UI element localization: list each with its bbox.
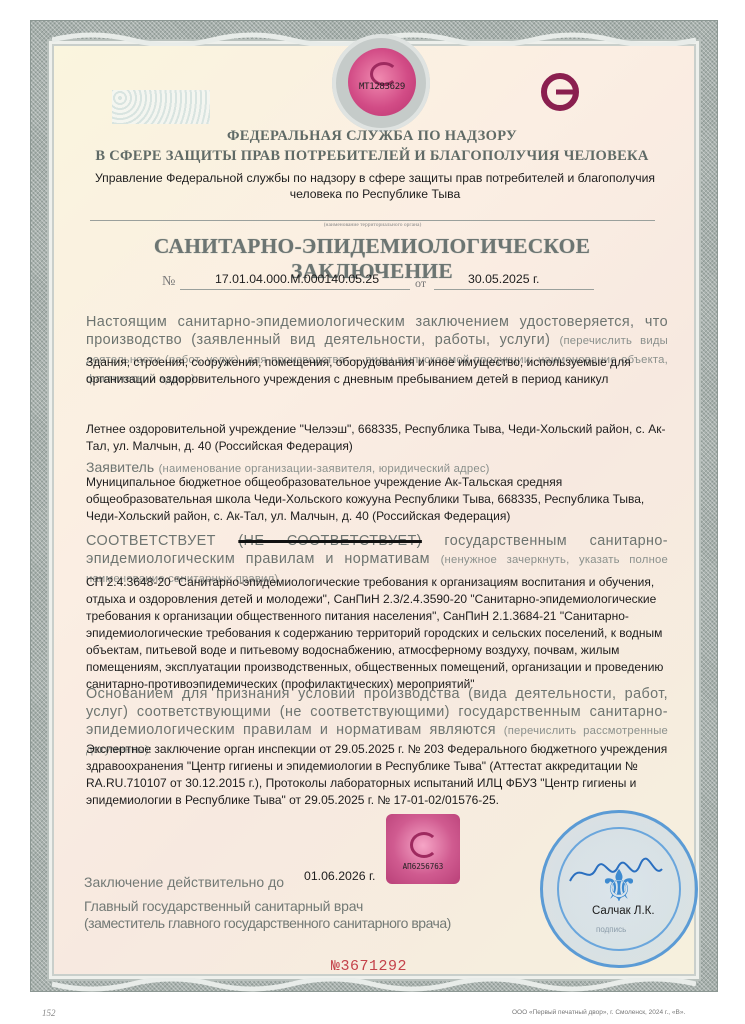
territorial-body: Управление Федеральной службы по надзору… xyxy=(90,170,660,202)
se-emblem-icon xyxy=(410,832,438,858)
sanitary-rules: СП 2.4.3648-20 "Санитарно-эпидемиологиче… xyxy=(86,574,676,693)
validity-label: Заключение действительно до xyxy=(84,874,284,890)
se-logo-icon xyxy=(530,70,600,114)
applicant-value: Муниципальное бюджетное общеобразователь… xyxy=(86,474,676,525)
document-date: 30.05.2025 г. xyxy=(468,272,539,286)
date-label: от xyxy=(415,276,426,291)
date-underline xyxy=(434,289,594,290)
hologram-bottom-serial: АП6256763 xyxy=(392,862,454,871)
territorial-caption: (наименование территориального органа) xyxy=(90,222,655,228)
facility-address: Летнее оздоровительной учреждение "Челээ… xyxy=(86,421,676,455)
blank-serial-number: №3671292 xyxy=(331,958,407,975)
signer-name: Салчак Л.К. xyxy=(592,905,655,917)
number-underline xyxy=(180,289,410,290)
guilloche-pattern xyxy=(112,90,210,124)
handwritten-mark: 152 xyxy=(42,1008,56,1018)
validity-date: 01.06.2026 г. xyxy=(304,869,375,883)
applicant-label: Заявитель xyxy=(86,459,154,475)
certified-subject: Здания, строения, сооружения, помещения,… xyxy=(86,354,676,388)
signature-caption: подпись xyxy=(596,925,626,934)
hologram-top: МТ1283629 xyxy=(322,34,442,132)
hologram-serial: МТ1283629 xyxy=(346,82,418,92)
number-label: № xyxy=(162,274,175,290)
conformity-status: СООТВЕТСТВУЕТ xyxy=(86,533,216,549)
signature-icon xyxy=(566,855,666,891)
basis-documents: Экспертное заключение орган инспекции от… xyxy=(86,741,676,809)
territorial-underline xyxy=(90,220,655,221)
hologram-bottom: АП6256763 xyxy=(386,814,460,884)
agency-name-line1: ФЕДЕРАЛЬНАЯ СЛУЖБА ПО НАДЗОРУ xyxy=(82,128,662,145)
conformity-struck: (НЕ СООТВЕТСТВУЕТ) xyxy=(238,533,422,549)
signer-title-alt: (заместитель главного государственного с… xyxy=(84,915,451,931)
document-number: 17.01.04.000.М.000140.05.25 xyxy=(215,272,379,286)
signer-title: Главный государственный санитарный врач xyxy=(84,898,363,914)
agency-name-line2: В СФЕРЕ ЗАЩИТЫ ПРАВ ПОТРЕБИТЕЛЕЙ И БЛАГО… xyxy=(82,148,662,165)
guilloche-wave-bottom xyxy=(52,978,696,994)
printer-imprint: ООО «Первый печатный двор», г. Смоленск,… xyxy=(512,1009,685,1016)
